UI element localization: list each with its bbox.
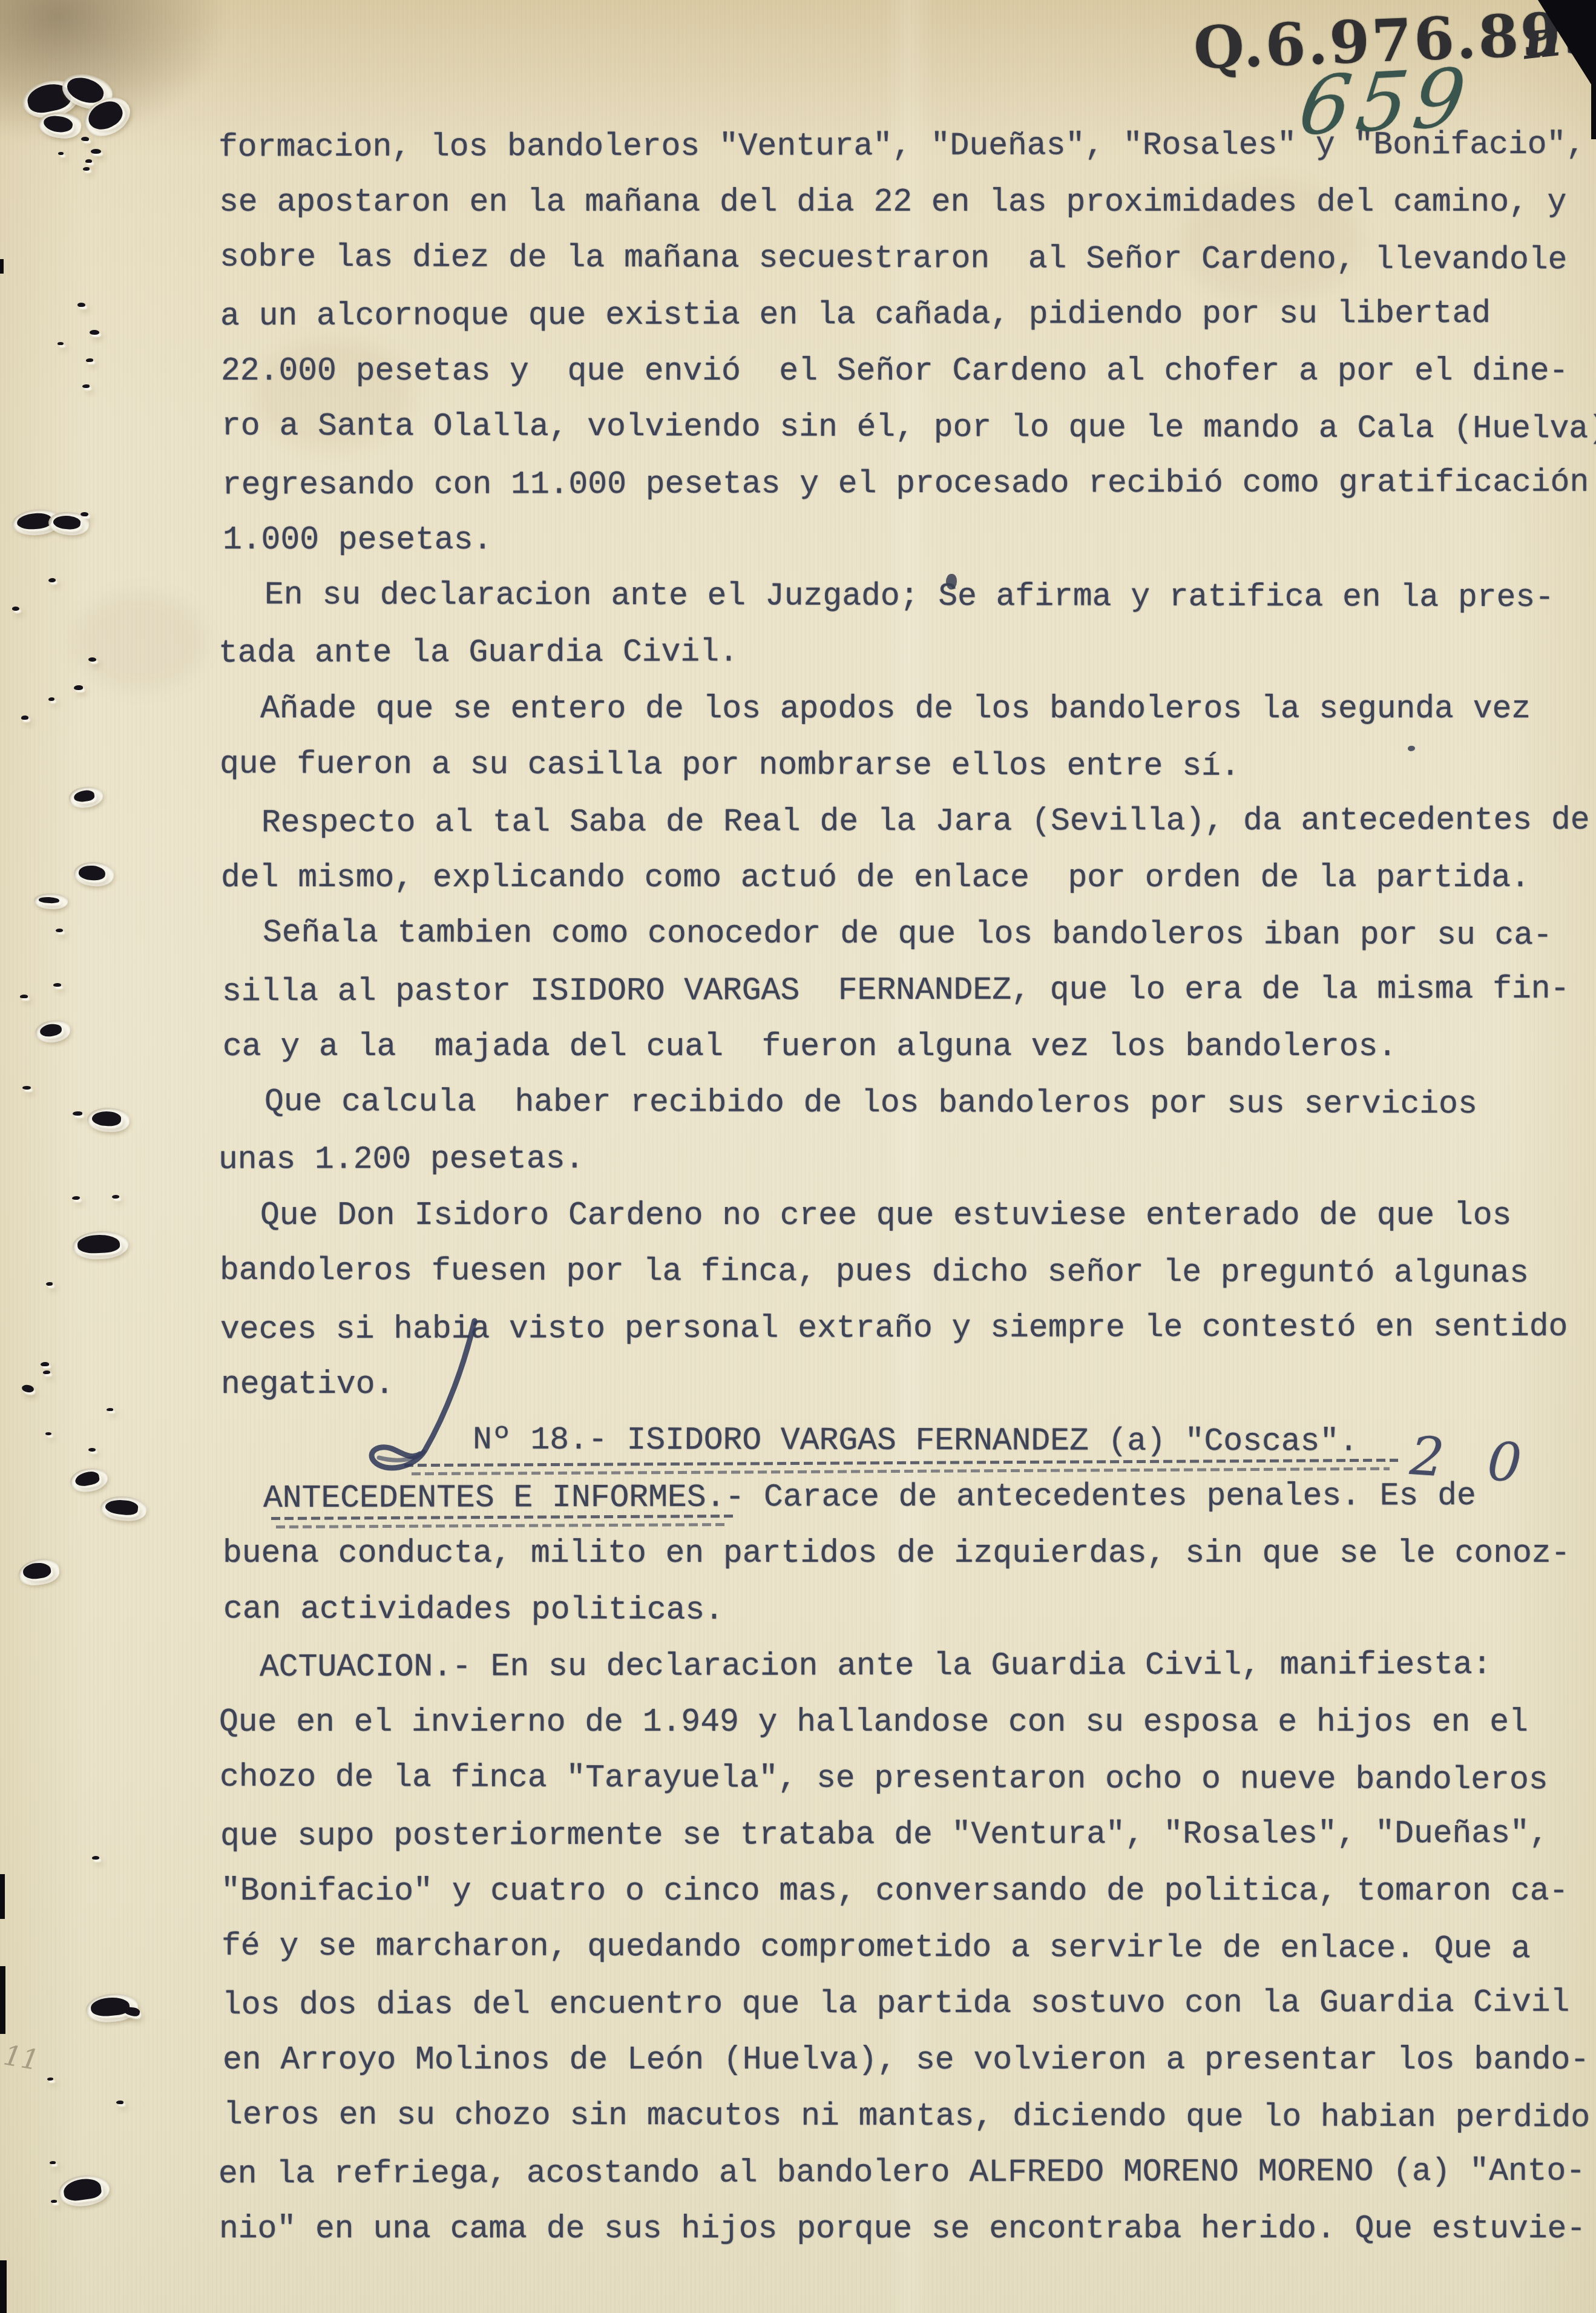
- worm-hole: [91, 149, 101, 154]
- worm-hole: [107, 1408, 113, 1411]
- text-line: leros en su chozo sin macutos ni mantas,…: [223, 2099, 1590, 2134]
- text-line: Señala tambien como conocedor de que los…: [263, 917, 1552, 952]
- text-line: Añade que se entero de los apodos de los…: [260, 693, 1531, 725]
- worm-hole: [74, 685, 83, 690]
- text-line: unas 1.200 pesetas.: [218, 1143, 584, 1176]
- worm-hole: [41, 1362, 49, 1366]
- scan-edge: [1591, 73, 1596, 139]
- text-line: En su declaracion ante el Juzgado; Se af…: [264, 579, 1554, 614]
- text-line: fé y se marcharon, quedando comprometido…: [222, 1930, 1531, 1966]
- worm-hole: [90, 330, 99, 335]
- text-line: Que en el invierno de 1.949 y hallandose…: [219, 1706, 1528, 1739]
- worm-hole: [88, 657, 96, 662]
- worm-hole: [43, 1370, 50, 1374]
- worm-hole: [51, 2200, 57, 2203]
- text-line: ACTUACION.- En su declaracion ante la Gu…: [260, 1649, 1492, 1683]
- text-line: nio" en una cama de sus hijos porque se …: [219, 2213, 1586, 2245]
- text-line: can actividades politicas.: [223, 1593, 724, 1627]
- text-line: ca y a la majada del cual fueron alguna …: [223, 1031, 1397, 1063]
- text-line: regresando con 11.000 pesetas y el proce…: [222, 467, 1589, 502]
- text-line: del mismo, explicando como actuó de enla…: [221, 862, 1530, 894]
- text-line: silla al pastor ISIDORO VARGAS FERNANDEZ…: [222, 973, 1569, 1008]
- worm-hole: [73, 1111, 82, 1116]
- worm-hole: [112, 1195, 119, 1199]
- worm-hole: [77, 303, 85, 307]
- text-line: Que Don Isidoro Cardeno no cree que estu…: [260, 1200, 1511, 1232]
- text-line: en Arroyo Molinos de León (Huelva), se v…: [223, 2044, 1589, 2076]
- worm-hole: [88, 1448, 96, 1452]
- worm-hole: [48, 697, 54, 701]
- worm-hole: [92, 1856, 99, 1860]
- worm-hole: [45, 1432, 51, 1435]
- worm-hole: [58, 152, 64, 155]
- text-line: tada ante la Guardia Civil.: [218, 636, 738, 670]
- text-line: Que calcula haber recibido de los bandol…: [264, 1086, 1477, 1120]
- worm-hole: [48, 578, 56, 582]
- text-line: 22.000 pesetas y que envió el Señor Card…: [221, 355, 1568, 387]
- page-number-handwritten: 659: [1295, 51, 1477, 154]
- worm-hole: [22, 1086, 31, 1090]
- worm-hole: [81, 137, 89, 141]
- text-line: chozo de la finca "Tarayuela", se presen…: [220, 1762, 1548, 1797]
- scan-edge: [0, 259, 4, 274]
- text-line: "Bonifacio" y cuatro o cinco mas, conver…: [221, 1875, 1568, 1907]
- worm-hole: [86, 358, 93, 362]
- section-heading: Nº 18.- ISIDORO VARGAS FERNANDEZ (a) "Co…: [473, 1424, 1358, 1458]
- text-line: Respecto al tal Saba de Real de la Jara …: [261, 804, 1590, 840]
- text-line: se apostaron en la mañana del dia 22 en …: [219, 186, 1566, 219]
- worm-hole: [21, 716, 28, 720]
- worm-hole: [56, 929, 63, 932]
- pencil-margin-note: 11: [1, 2038, 42, 2076]
- worm-hole: [12, 607, 19, 611]
- worm-hole: [83, 167, 90, 171]
- document-page: formacion, los bandoleros "Ventura", "Du…: [0, 0, 1596, 2313]
- scan-edge: [0, 2260, 7, 2313]
- text-line: a un alcornoque que existia en la cañada…: [220, 298, 1491, 332]
- text-line: los dos dias del encuentro que la partid…: [222, 1987, 1569, 2022]
- worm-hole: [47, 2078, 53, 2081]
- worm-hole: [116, 2101, 123, 2104]
- heading-handwritten-number: 2 0: [1408, 1424, 1537, 1495]
- text-line: ro a Santa Olalla, volviendo sin él, por…: [222, 410, 1596, 446]
- worm-hole: [57, 342, 64, 345]
- text-line: que fueron a su casilla por nombrarse el…: [220, 748, 1240, 783]
- scan-edge: [0, 1966, 5, 2034]
- typed-text-block: formacion, los bandoleros "Ventura", "Du…: [0, 0, 1596, 2313]
- text-line: en la refriega, acostando al bandolero A…: [218, 2156, 1585, 2191]
- text-line: 1.000 pesetas.: [223, 524, 492, 556]
- worm-hole: [46, 1282, 53, 1286]
- worm-hole: [82, 384, 90, 388]
- text-line: bandoleros fuesen por la finca, pues dic…: [220, 1255, 1529, 1290]
- worm-hole: [80, 512, 88, 516]
- text-line: sobre las diez de la mañana secuestraron…: [220, 242, 1567, 277]
- worm-hole: [20, 995, 28, 998]
- worm-hole: [85, 159, 92, 163]
- scan-edge: [0, 1874, 5, 1919]
- worm-hole: [72, 1196, 80, 1200]
- text-line: que supo posteriormente se trataba de "V…: [220, 1818, 1549, 1853]
- worm-hole: [53, 983, 61, 987]
- worm-hole: [50, 2161, 56, 2164]
- text-line: buena conducta, milito en partidos de iz…: [223, 1538, 1570, 1570]
- check-mark-flourish: [361, 1312, 500, 1494]
